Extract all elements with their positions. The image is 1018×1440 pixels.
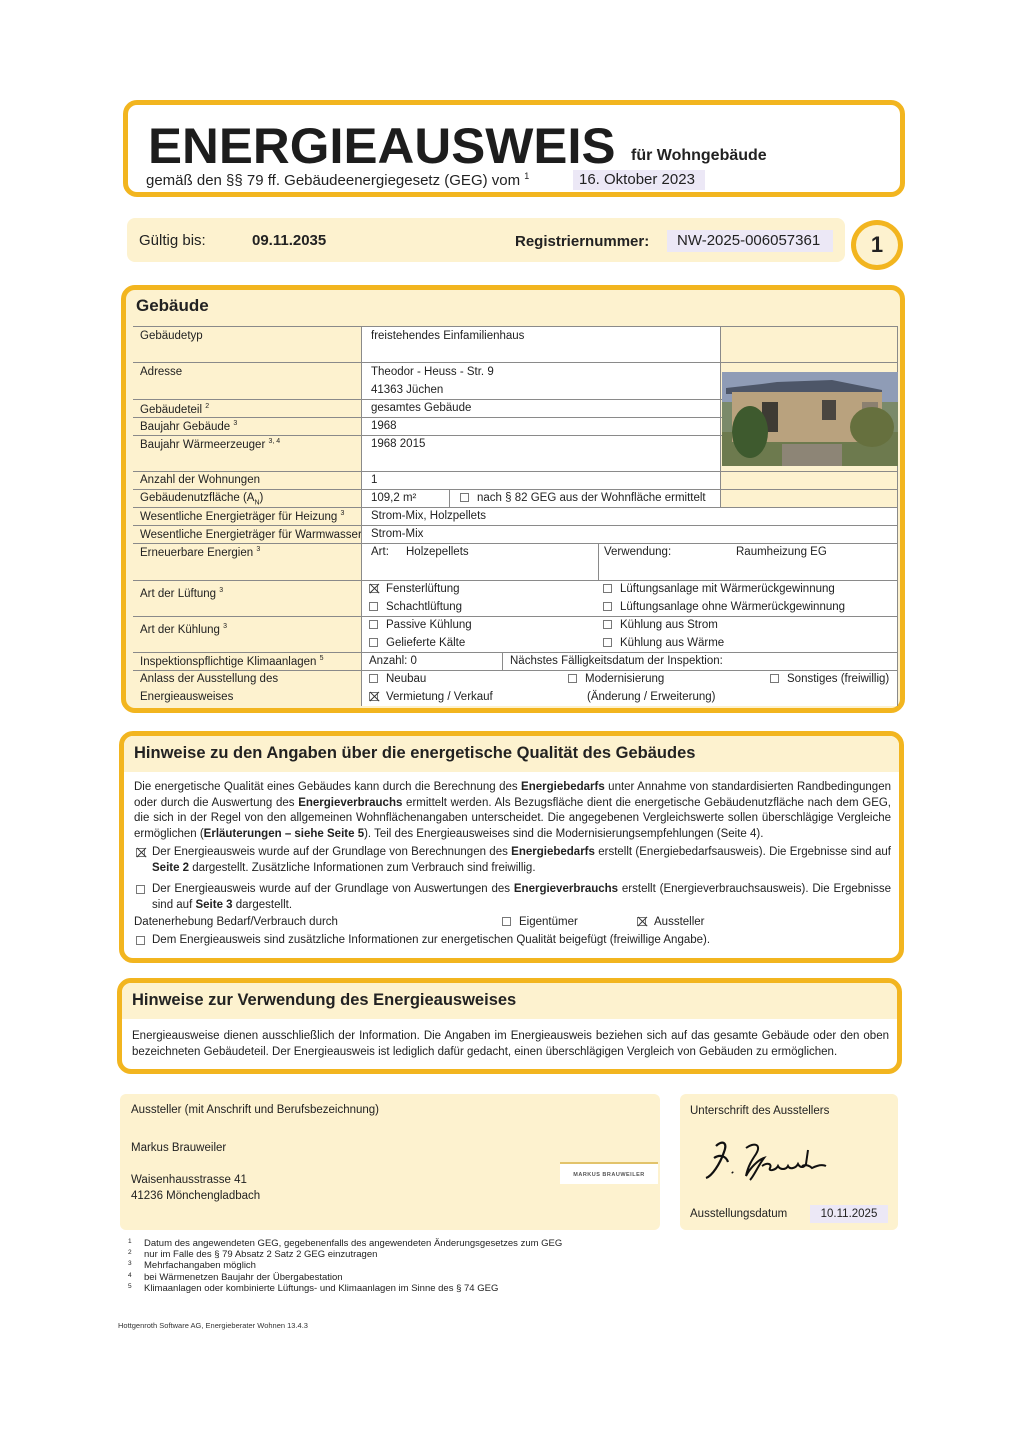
aussteller-checkbox[interactable]	[637, 917, 646, 926]
row-label: Wesentliche Energieträger für Heizung 3	[140, 510, 344, 523]
software-credit: Hottgenroth Software AG, Energieberater …	[118, 1321, 308, 1330]
row-label: Anlass der Ausstellung des	[140, 673, 278, 685]
row-wohnungen: Anzahl der Wohnungen 1	[133, 471, 898, 489]
row-label: Inspektionspflichtige Klimaanlagen 5	[140, 655, 324, 668]
value-cell: Passive Kühlung Gelieferte Kälte Kühlung…	[361, 617, 898, 652]
art-label: Art:	[371, 546, 389, 558]
address-street: Theodor - Heuss - Str. 9	[371, 366, 494, 378]
heater-year-value: 1968 2015	[371, 438, 425, 450]
verbrauch-checkbox[interactable]	[136, 885, 145, 894]
row-label: Gebäudetyp	[140, 330, 203, 342]
option-passive-kuehlung: Passive Kühlung	[369, 619, 472, 631]
footnote: 3Mehrfachangaben möglich	[128, 1260, 562, 1271]
passive-kuehlung-checkbox[interactable]	[369, 620, 378, 629]
quality-notes-title: Hinweise zu den Angaben über die energet…	[134, 744, 695, 763]
divider	[502, 653, 503, 670]
gelieferte-kaelte-checkbox[interactable]	[369, 638, 378, 647]
row-erneuerbar: Erneuerbare Energien 3 Art: Holzepellets…	[133, 543, 898, 580]
row-label: Wesentliche Energieträger für Warmwasser…	[140, 528, 366, 541]
row-warmwasser: Wesentliche Energieträger für Warmwasser…	[133, 525, 898, 543]
row-label: Erneuerbare Energien 3	[140, 546, 260, 559]
registration-number: NW-2025-006057361	[667, 230, 833, 252]
row-label: Gebäudeteil 2	[140, 403, 209, 416]
value-cell: Fensterlüftung Schachtlüftung Lüftungsan…	[361, 581, 898, 616]
zusatz-option: Dem Energieausweis sind zusätzliche Info…	[134, 933, 891, 949]
row-label: Baujahr Wärmeerzeuger 3, 4	[140, 438, 280, 451]
art-value: Holzepellets	[406, 546, 469, 558]
registration-label: Registriernummer:	[515, 233, 649, 250]
signature-icon	[702, 1136, 852, 1184]
issuer-logo: MARKUS BRAUWEILER	[560, 1162, 658, 1184]
divider	[449, 490, 450, 507]
label-text: Baujahr Wärmeerzeuger	[140, 439, 265, 451]
checkbox-label: nach § 82 GEG aus der Wohnfläche ermitte…	[477, 492, 706, 504]
issue-date-label: Ausstellungsdatum	[690, 1208, 787, 1220]
schachtlueftung-checkbox[interactable]	[369, 602, 378, 611]
row-kuehlung: Art der Kühlung 3 Passive Kühlung Gelief…	[133, 616, 898, 652]
value-cell: 1968 2015	[361, 436, 720, 471]
issuer-label: Aussteller (mit Anschrift und Berufsbeze…	[131, 1104, 379, 1116]
label-text: Wesentliche Energieträger für Warmwasser	[140, 529, 362, 541]
issue-date-value: 10.11.2025	[810, 1205, 888, 1223]
option-label: Fensterlüftung	[386, 583, 460, 595]
title-box: ENERGIEAUSWEIS für Wohngebäude gemäß den…	[123, 100, 905, 197]
row-heizung: Wesentliche Energieträger für Heizung 3 …	[133, 507, 898, 525]
option-label: Gelieferte Kälte	[386, 637, 465, 649]
hot-water-carrier-value: Strom-Mix	[371, 528, 423, 540]
kuehlung-waerme-checkbox[interactable]	[603, 638, 612, 647]
option-kuehlung-strom: Kühlung aus Strom	[603, 619, 718, 631]
signature-box: Unterschrift des Ausstellers Ausstellung…	[680, 1094, 898, 1230]
house-photo-icon	[722, 372, 898, 466]
value-cell: Neubau Vermietung / Verkauf Modernisieru…	[361, 671, 898, 706]
option-aussteller: Aussteller	[637, 915, 705, 931]
quality-notes-section: Hinweise zu den Angaben über die energet…	[119, 731, 904, 963]
label-text: Gebäudeteil	[140, 404, 202, 416]
option-label: Neubau	[386, 673, 426, 685]
verwendung-label: Verwendung:	[604, 546, 671, 558]
row-label: Baujahr Gebäude 3	[140, 420, 237, 433]
footnote-ref: 3, 4	[268, 438, 280, 445]
building-section-title: Gebäude	[136, 296, 209, 316]
option-gelieferte-kaelte: Gelieferte Kälte	[369, 637, 465, 649]
footnote: 5Klimaanlagen oder kombinierte Lüftungs-…	[128, 1283, 562, 1294]
option-label: Eigentümer	[519, 916, 578, 928]
document-title: ENERGIEAUSWEIS	[148, 117, 616, 175]
option-label: Kühlung aus Wärme	[620, 637, 724, 649]
section-header: Hinweise zur Verwendung des Energieauswe…	[122, 983, 897, 1019]
row-label: Art der Kühlung 3	[140, 623, 227, 636]
label-text: Gebäudenutzfläche (A	[140, 492, 254, 504]
option-sonstiges: Sonstiges (freiwillig)	[770, 673, 889, 685]
row-label: Anzahl der Wohnungen	[140, 474, 260, 486]
section-header: Hinweise zu den Angaben über die energet…	[124, 736, 899, 772]
validity-bar: Gültig bis: 09.11.2035 Registriernummer:…	[127, 218, 845, 262]
fensterlueftung-checkbox[interactable]	[369, 584, 378, 593]
option-label: Aussteller	[654, 916, 705, 928]
value-cell: 1968	[361, 418, 720, 435]
option-eigentuemer: Eigentümer	[502, 915, 578, 931]
row-label: Gebäudenutzfläche (AN)	[140, 492, 263, 506]
bedarf-checkbox[interactable]	[136, 848, 145, 857]
label-text: Wesentliche Energieträger für Heizung	[140, 511, 337, 523]
lueftungsanlage-mit-checkbox[interactable]	[603, 584, 612, 593]
value-cell: Strom-Mix, Holzpellets	[361, 508, 898, 525]
row-label: Adresse	[140, 366, 182, 378]
option-label: Lüftungsanlage ohne Wärmerückgewinnung	[620, 601, 845, 613]
heating-carrier-value: Strom-Mix, Holzpellets	[371, 510, 486, 522]
footnote: 2nur im Falle des § 79 Absatz 2 Satz 2 G…	[128, 1249, 562, 1260]
wohnflaeche-checkbox-row: nach § 82 GEG aus der Wohnfläche ermitte…	[460, 492, 706, 504]
value-cell: freistehendes Einfamilienhaus	[361, 327, 720, 362]
usage-notes-text: Energieausweise dienen ausschließlich de…	[132, 1029, 889, 1060]
option-fensterlueftung: Fensterlüftung	[369, 583, 460, 595]
option-lueftungsanlage-ohne: Lüftungsanlage ohne Wärmerückgewinnung	[603, 601, 845, 613]
lueftungsanlage-ohne-checkbox[interactable]	[603, 602, 612, 611]
law-date: 16. Oktober 2023	[573, 170, 705, 190]
divider	[720, 326, 721, 507]
footnote-ref: 2	[205, 403, 209, 410]
valid-until-value: 09.11.2035	[252, 232, 326, 249]
value-cell: Art: Holzepellets Verwendung: Raumheizun…	[361, 544, 898, 580]
row-anlass: Anlass der Ausstellung des Energieauswei…	[133, 670, 898, 706]
eigentuemer-checkbox[interactable]	[502, 917, 511, 926]
bedarf-option: Der Energieausweis wurde auf der Grundla…	[134, 845, 891, 876]
issuer-street: Waisenhausstrasse 41	[131, 1174, 247, 1186]
option-vermietung: Vermietung / Verkauf	[369, 691, 493, 703]
construction-year-value: 1968	[371, 420, 397, 432]
footnote-ref: 3	[219, 587, 223, 594]
option-modernisierung: Modernisierung	[568, 673, 664, 685]
datenerhebung-label: Datenerhebung Bedarf/Verbrauch durch	[134, 916, 338, 928]
apartments-value: 1	[371, 474, 377, 486]
footnote: 4bei Wärmenetzen Baujahr der Übergabesta…	[128, 1272, 562, 1283]
label-text: Art der Kühlung	[140, 624, 220, 636]
modernisierung-detail: (Änderung / Erweiterung)	[587, 691, 715, 703]
option-label: Sonstiges (freiwillig)	[787, 673, 889, 685]
row-lueftung: Art der Lüftung 3 Fensterlüftung Schacht…	[133, 580, 898, 616]
row-nutzflaeche: Gebäudenutzfläche (AN) 109,2 m² nach § 8…	[133, 489, 898, 507]
row-label-2: Energieausweises	[140, 691, 233, 703]
label-text: Erneuerbare Energien	[140, 547, 253, 559]
usage-notes-section: Hinweise zur Verwendung des Energieauswe…	[117, 978, 902, 1074]
option-label: Modernisierung	[585, 673, 664, 685]
option-label: Schachtlüftung	[386, 601, 462, 613]
modernisierung-checkbox[interactable]	[568, 674, 577, 683]
issuer-city: 41236 Mönchengladbach	[131, 1190, 260, 1202]
building-type-value: freistehendes Einfamilienhaus	[371, 330, 524, 342]
address-city: 41363 Jüchen	[371, 384, 443, 396]
zusatz-checkbox[interactable]	[136, 936, 145, 945]
option-neubau: Neubau	[369, 673, 426, 685]
datenerhebung-row: Datenerhebung Bedarf/Verbrauch durch Eig…	[134, 915, 891, 931]
floor-area-value: 109,2 m²	[371, 492, 416, 504]
option-label: Kühlung aus Strom	[620, 619, 718, 631]
verwendung-value: Raumheizung EG	[736, 546, 827, 558]
option-lueftungsanlage-mit: Lüftungsanlage mit Wärmerückgewinnung	[603, 583, 835, 595]
usage-notes-title: Hinweise zur Verwendung des Energieauswe…	[132, 991, 516, 1010]
valid-until-label: Gültig bis:	[139, 232, 206, 249]
footnote-ref: 1	[524, 171, 529, 181]
building-section: Gebäude Gebäudetyp freistehendes Einfami…	[121, 285, 905, 713]
label-end: )	[260, 492, 264, 504]
value-cell: 1	[361, 472, 720, 489]
footnote-ref: 3	[256, 546, 260, 553]
neubau-checkbox[interactable]	[369, 674, 378, 683]
label-text: Baujahr Gebäude	[140, 421, 230, 433]
row-label: Art der Lüftung 3	[140, 587, 223, 600]
footnote-ref: 3	[233, 420, 237, 427]
intro-paragraph: Die energetische Qualität eines Gebäudes…	[134, 780, 891, 842]
value-cell: Strom-Mix	[361, 526, 898, 543]
label-text: Art der Lüftung	[140, 588, 216, 600]
building-part-value: gesamtes Gebäude	[371, 402, 471, 414]
footnotes: 1Datum des angewendeten GEG, gegebenenfa…	[128, 1238, 562, 1294]
vermietung-checkbox[interactable]	[369, 692, 378, 701]
row-gebaeudetyp: Gebäudetyp freistehendes Einfamilienhaus	[133, 326, 898, 362]
value-cell: Anzahl: 0 Nächstes Fälligkeitsdatum der …	[361, 653, 898, 670]
klima-count: Anzahl: 0	[369, 655, 417, 667]
option-label: Vermietung / Verkauf	[386, 691, 493, 703]
sonstiges-checkbox[interactable]	[770, 674, 779, 683]
document-subtitle: für Wohngebäude	[631, 147, 767, 165]
verbrauch-option: Der Energieausweis wurde auf der Grundla…	[134, 882, 891, 913]
option-kuehlung-waerme: Kühlung aus Wärme	[603, 637, 724, 649]
page-number-badge: 1	[851, 220, 903, 270]
value-cell: 109,2 m² nach § 82 GEG aus der Wohnfläch…	[361, 490, 720, 507]
row-klimaanlagen: Inspektionspflichtige Klimaanlagen 5 Anz…	[133, 652, 898, 670]
value-cell: Theodor - Heuss - Str. 9 41363 Jüchen	[361, 363, 720, 399]
law-text: gemäß den §§ 79 ff. Gebäudeenergiegesetz…	[146, 172, 520, 189]
divider	[598, 544, 599, 580]
footnote: 1Datum des angewendeten GEG, gegebenenfa…	[128, 1238, 562, 1249]
issuer-box: Aussteller (mit Anschrift und Berufsbeze…	[120, 1094, 660, 1230]
signature-label: Unterschrift des Ausstellers	[690, 1105, 829, 1117]
inspection-due-label: Nächstes Fälligkeitsdatum der Inspektion…	[510, 655, 723, 667]
footnote-ref: 3	[223, 623, 227, 630]
wohnflaeche-checkbox[interactable]	[460, 493, 469, 502]
option-schachtlueftung: Schachtlüftung	[369, 601, 462, 613]
option-label: Lüftungsanlage mit Wärmerückgewinnung	[620, 583, 835, 595]
footnote-ref: 5	[320, 655, 324, 662]
label-text: Inspektionspflichtige Klimaanlagen	[140, 656, 316, 668]
value-cell: gesamtes Gebäude	[361, 400, 720, 417]
kuehlung-strom-checkbox[interactable]	[603, 620, 612, 629]
option-label: Passive Kühlung	[386, 619, 472, 631]
law-reference: gemäß den §§ 79 ff. Gebäudeenergiegesetz…	[146, 171, 529, 189]
building-photo	[722, 372, 898, 466]
issuer-name: Markus Brauweiler	[131, 1142, 226, 1154]
option-label: Dem Energieausweis sind zusätzliche Info…	[152, 934, 710, 946]
footnote-ref: 3	[341, 510, 345, 517]
